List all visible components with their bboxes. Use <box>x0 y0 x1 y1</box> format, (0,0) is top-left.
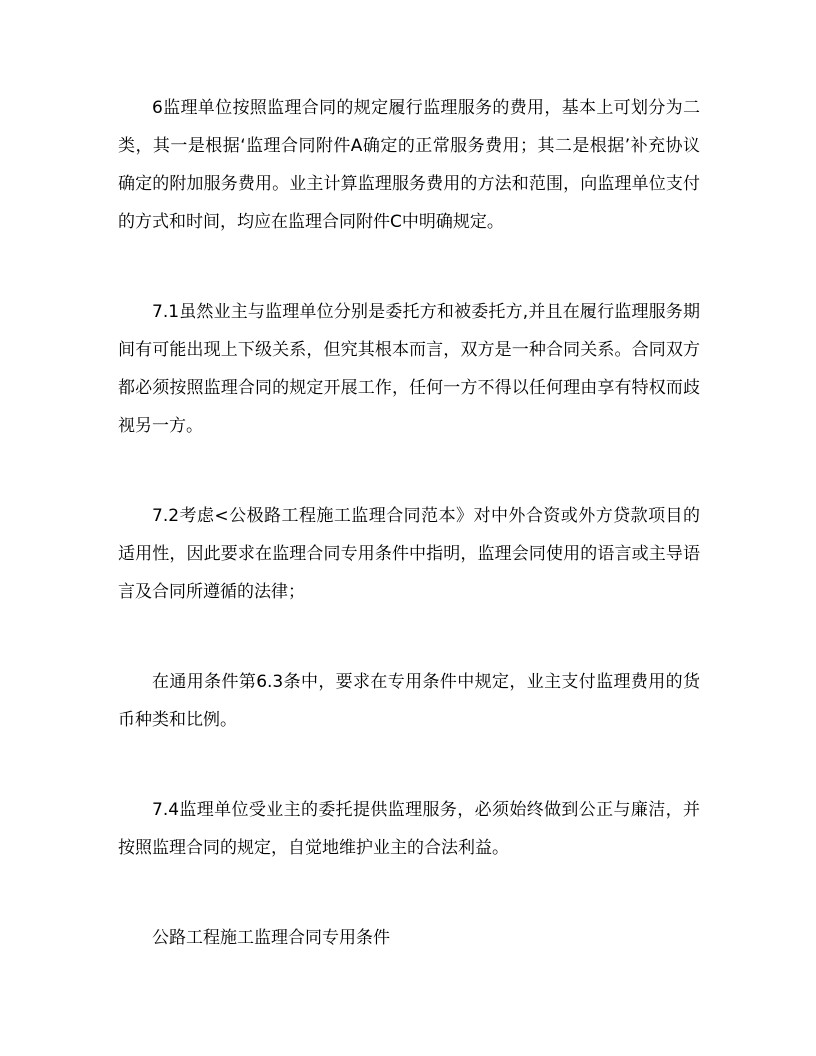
paragraph-7-2-applicability: 7.2考虑<公极路工程施工监理合同范本》对中外合资或外方贷款项目的适用性，因此要… <box>118 497 700 611</box>
document-page: 6监理单位按照监理合同的规定履行监理服务的费用，基本上可划分为二类，其一是根据‘… <box>0 0 816 1056</box>
paragraph-special-conditions-title: 公路工程施工监理合同专用条件 <box>118 919 700 957</box>
paragraph-7-4-fairness: 7.4监理单位受业主的委托提供监理服务，必须始终做到公正与廉洁，并按照监理合同的… <box>118 791 700 867</box>
paragraph-fee-types: 6监理单位按照监理合同的规定履行监理服务的费用，基本上可划分为二类，其一是根据‘… <box>118 89 700 241</box>
paragraph-7-1-contract-relation: 7.1虽然业主与监理单位分别是委托方和被委托方,并且在履行监理服务期间有可能出现… <box>118 293 700 445</box>
paragraph-general-condition-6-3: 在通用条件第6.3条中，要求在专用条件中规定，业主支付监理费用的货币种类和比例。 <box>118 663 700 739</box>
